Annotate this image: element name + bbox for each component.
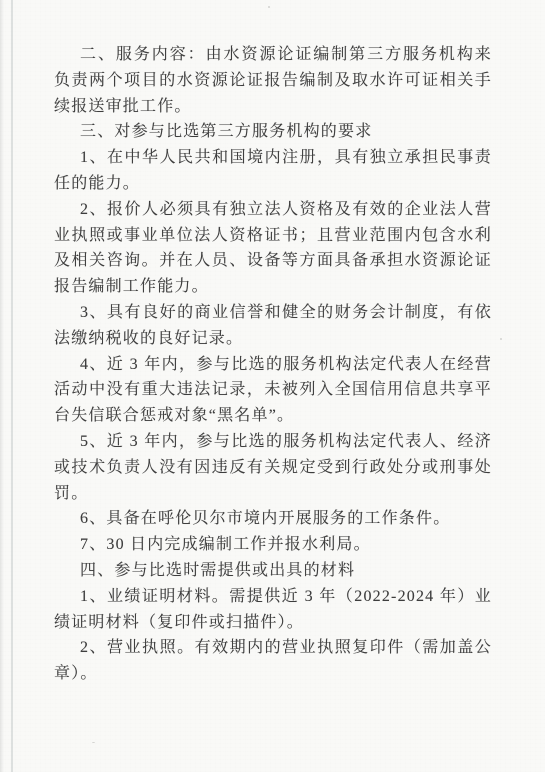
text-line: 1、业绩证明材料。需提供近 3 年（2022-2024 年）业 (54, 584, 492, 610)
text-line: 负责两个项目的水资源论证报告编制及取水许可证相关手 (54, 68, 492, 94)
scan-dust-speck (500, 338, 502, 340)
scanned-document-page: 二、服务内容：由水资源论证编制第三方服务机构来负责两个项目的水资源论证报告编制及… (0, 0, 545, 772)
text-line: 及相关咨询。并在人员、设备等方面具备承担水资源论证 (54, 248, 492, 274)
scan-fold-line (11, 0, 13, 772)
text-line: 报告编制工作能力。 (54, 274, 492, 300)
text-line: 任的能力。 (54, 171, 492, 197)
scan-dust-speck (92, 742, 95, 743)
text-line: 2、报价人必须具有独立法人资格及有效的企业法人营 (54, 197, 492, 223)
text-line: 2、营业执照。有效期内的营业执照复印件（需加盖公 (54, 635, 492, 661)
text-line: 或技术负责人没有因违反有关规定受到行政处分或刑事处 (54, 455, 492, 481)
text-line: 4、近 3 年内，参与比选的服务机构法定代表人在经营 (54, 352, 492, 378)
text-line: 3、具有良好的商业信誉和健全的财务会计制度，有依 (54, 300, 492, 326)
scan-dust-speck (268, 6, 270, 8)
text-line: 续报送审批工作。 (54, 94, 492, 120)
text-line: 7、30 日内完成编制工作并报水利局。 (54, 532, 492, 558)
text-line: 章）。 (54, 661, 492, 687)
text-line: 三、对参与比选第三方服务机构的要求 (54, 119, 492, 145)
text-line: 二、服务内容：由水资源论证编制第三方服务机构来 (54, 42, 492, 68)
text-line: 业执照或事业单位法人资格证书；且营业范围内包含水利 (54, 223, 492, 249)
text-line: 法缴纳税收的良好记录。 (54, 326, 492, 352)
text-line: 6、具备在呼伦贝尔市境内开展服务的工作条件。 (54, 506, 492, 532)
document-body: 二、服务内容：由水资源论证编制第三方服务机构来负责两个项目的水资源论证报告编制及… (54, 42, 492, 687)
text-line: 罚。 (54, 481, 492, 507)
left-edge-shadow (0, 0, 4, 772)
text-line: 1、在中华人民共和国境内注册，具有独立承担民事责 (54, 145, 492, 171)
text-line: 绩证明材料（复印件或扫描件）。 (54, 610, 492, 636)
text-line: 5、近 3 年内，参与比选的服务机构法定代表人、经济 (54, 429, 492, 455)
text-line: 四、参与比选时需提供或出具的材料 (54, 558, 492, 584)
text-line: 活动中没有重大违法记录，未被列入全国信用信息共享平 (54, 377, 492, 403)
text-line: 台失信联合惩戒对象“黑名单”。 (54, 403, 492, 429)
